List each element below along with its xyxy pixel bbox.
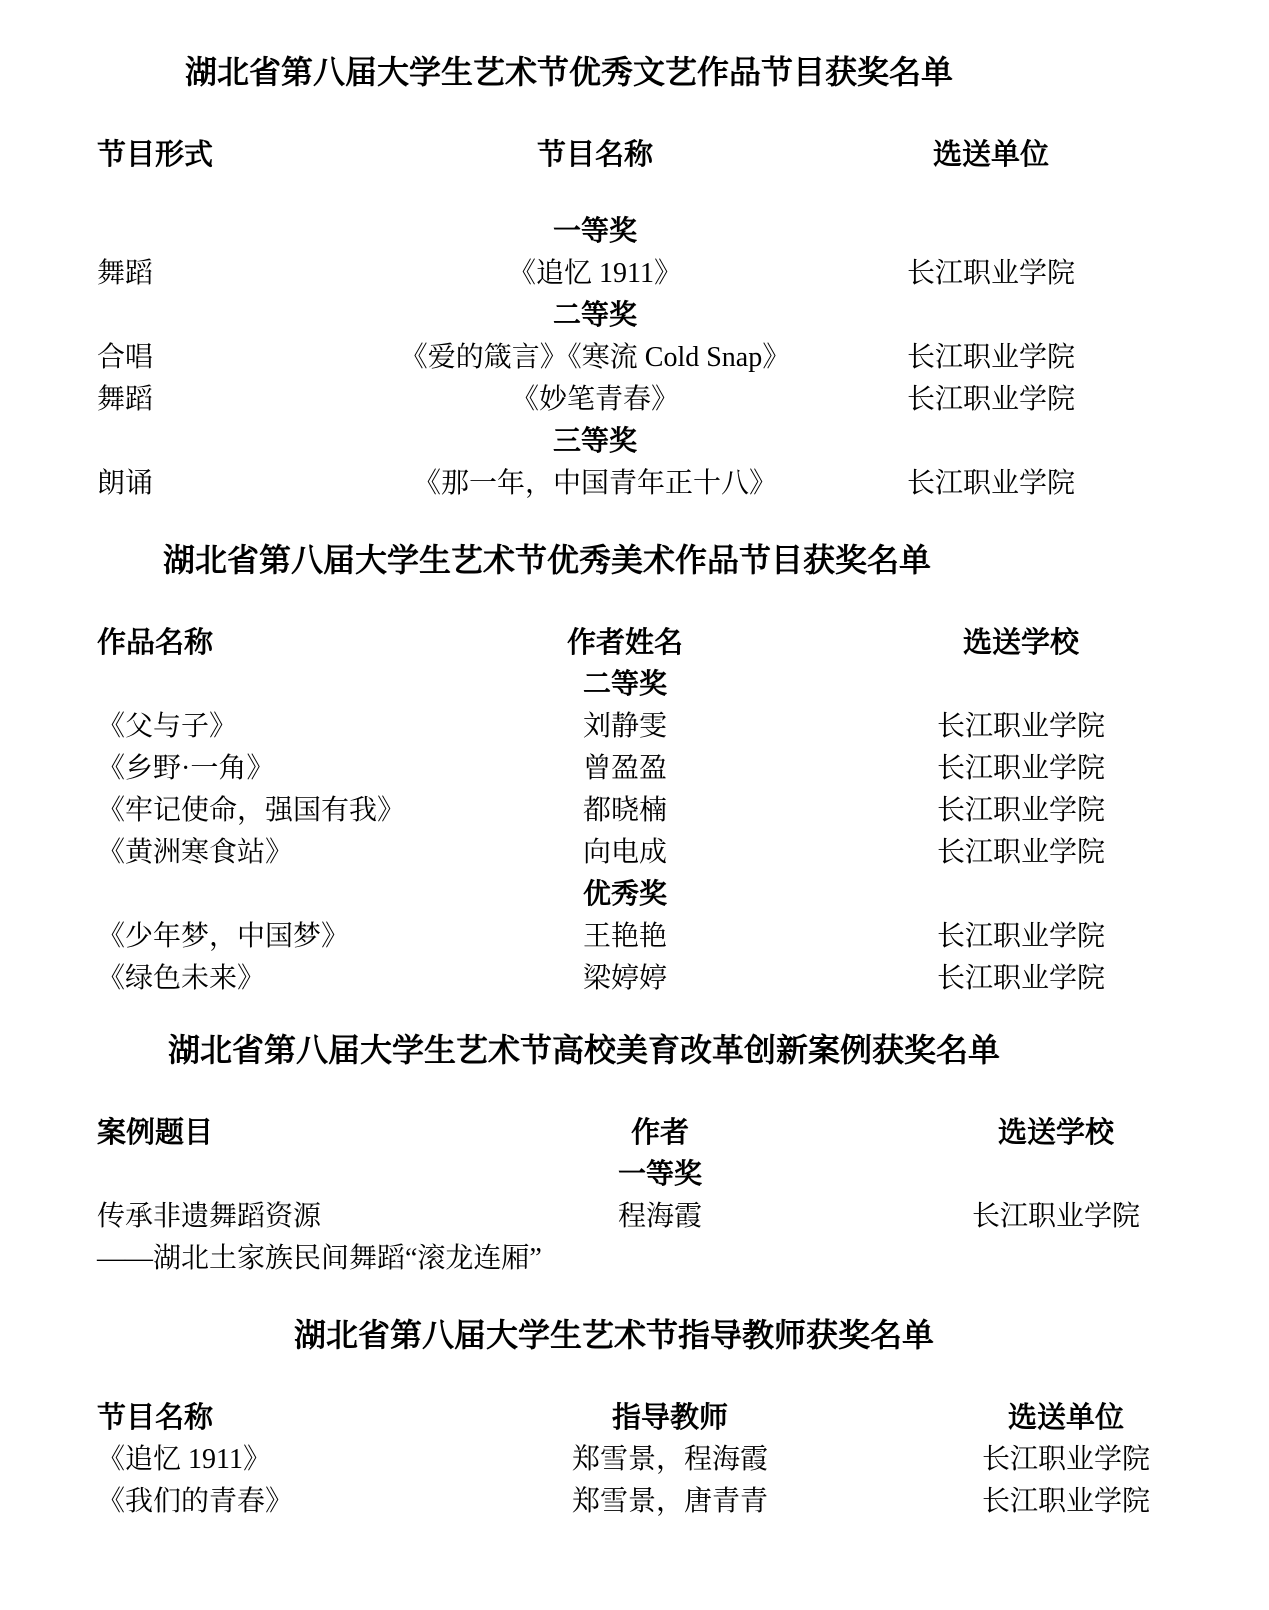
cell-author-name: 梁婷婷 <box>380 958 870 1000</box>
cell-work-title: 《绿色未来》 <box>97 958 380 1000</box>
column-header-row: 节目形式 节目名称 选送单位 <box>97 134 1172 176</box>
column-header-program-name: 节目名称 <box>380 134 810 176</box>
cell-author-name: 刘静雯 <box>380 706 870 748</box>
table-row: 合唱 《爱的箴言》《寒流 Cold Snap》 长江职业学院 <box>97 337 1172 379</box>
column-header-work-title: 作品名称 <box>97 622 380 664</box>
cell-advisor-names: 郑雪景，程海霞 <box>380 1439 960 1481</box>
award-tier-label: 一等奖 <box>380 211 810 253</box>
cell-program-name: 《那一年，中国青年正十八》 <box>380 463 810 505</box>
cell-submitting-school: 长江职业学院 <box>870 706 1172 748</box>
cell-program-name: 《我们的青春》 <box>97 1481 380 1523</box>
section-aesthetic-education-case-awards: 湖北省第八届大学生艺术节高校美育改革创新案例获奖名单 案例题目 作者 选送学校 … <box>97 1029 1172 1280</box>
section-title: 湖北省第八届大学生艺术节高校美育改革创新案例获奖名单 <box>97 1029 1172 1071</box>
cell-work-title: 《黄洲寒食站》 <box>97 832 380 874</box>
column-header-submitting-unit: 选送单位 <box>810 134 1172 176</box>
award-tier-row: 优秀奖 <box>97 874 1172 916</box>
cell-submitting-unit: 长江职业学院 <box>810 337 1172 379</box>
section-title: 湖北省第八届大学生艺术节指导教师获奖名单 <box>97 1314 1172 1356</box>
section-performing-arts-awards: 湖北省第八届大学生艺术节优秀文艺作品节目获奖名单 节目形式 节目名称 选送单位 … <box>97 51 1172 505</box>
table-row: 《牢记使命，强国有我》 都晓楠 长江职业学院 <box>97 790 1172 832</box>
table-row: 朗诵 《那一年，中国青年正十八》 长江职业学院 <box>97 463 1172 505</box>
cell-submitting-unit: 长江职业学院 <box>960 1439 1172 1481</box>
cell-submitting-school: 长江职业学院 <box>870 790 1172 832</box>
cell-author-name: 都晓楠 <box>380 790 870 832</box>
cell-program-name: 《妙笔青春》 <box>380 379 810 421</box>
award-tier-label: 优秀奖 <box>380 874 870 916</box>
table-row: 舞蹈 《妙笔青春》 长江职业学院 <box>97 379 1172 421</box>
cell-work-title: 《父与子》 <box>97 706 380 748</box>
table-row: 《少年梦，中国梦》 王艳艳 长江职业学院 <box>97 916 1172 958</box>
column-header-submitting-unit: 选送单位 <box>960 1397 1172 1439</box>
cell-submitting-school: 长江职业学院 <box>870 832 1172 874</box>
cell-work-title: 《少年梦，中国梦》 <box>97 916 380 958</box>
section-title: 湖北省第八届大学生艺术节优秀文艺作品节目获奖名单 <box>97 51 1172 93</box>
table-row: 《黄洲寒食站》 向电成 长江职业学院 <box>97 832 1172 874</box>
cell-work-title: 《乡野·一角》 <box>97 748 380 790</box>
cell-submitting-school: 长江职业学院 <box>940 1196 1172 1238</box>
column-header-row: 作品名称 作者姓名 选送学校 <box>97 622 1172 664</box>
table-row: 《乡野·一角》 曾盈盈 长江职业学院 <box>97 748 1172 790</box>
cell-author-name: 曾盈盈 <box>380 748 870 790</box>
award-tier-label: 二等奖 <box>380 664 870 706</box>
column-header-program-name: 节目名称 <box>97 1397 380 1439</box>
column-header-author: 作者 <box>380 1112 940 1154</box>
cell-program-name: 《追忆 1911》 <box>380 253 810 295</box>
section-title: 湖北省第八届大学生艺术节优秀美术作品节目获奖名单 <box>97 539 1172 581</box>
column-header-row: 节目名称 指导教师 选送单位 <box>97 1397 1172 1439</box>
section-advisor-awards: 湖北省第八届大学生艺术节指导教师获奖名单 节目名称 指导教师 选送单位 《追忆 … <box>97 1314 1172 1523</box>
cell-author: 程海霞 <box>380 1196 940 1238</box>
column-header-submitting-school: 选送学校 <box>870 622 1172 664</box>
column-header-program-form: 节目形式 <box>97 134 380 176</box>
table-row: 《追忆 1911》 郑雪景，程海霞 长江职业学院 <box>97 1439 1172 1481</box>
cell-author-name: 王艳艳 <box>380 916 870 958</box>
cell-submitting-school: 长江职业学院 <box>870 916 1172 958</box>
award-tier-row: 二等奖 <box>97 664 1172 706</box>
table-row: 《我们的青春》 郑雪景，唐青青 长江职业学院 <box>97 1481 1172 1523</box>
cell-submitting-unit: 长江职业学院 <box>810 253 1172 295</box>
cell-program-name: 《追忆 1911》 <box>97 1439 380 1481</box>
table-row: 《父与子》 刘静雯 长江职业学院 <box>97 706 1172 748</box>
cell-program-form: 舞蹈 <box>97 379 380 421</box>
cell-submitting-unit: 长江职业学院 <box>960 1481 1172 1523</box>
document: 湖北省第八届大学生艺术节优秀文艺作品节目获奖名单 节目形式 节目名称 选送单位 … <box>0 0 1269 1610</box>
blank-line <box>97 176 1172 211</box>
cell-program-form: 朗诵 <box>97 463 380 505</box>
column-header-case-title: 案例题目 <box>97 1112 380 1154</box>
cell-advisor-names: 郑雪景，唐青青 <box>380 1481 960 1523</box>
section-art-works-awards: 湖北省第八届大学生艺术节优秀美术作品节目获奖名单 作品名称 作者姓名 选送学校 … <box>97 539 1172 1000</box>
award-tier-row: 一等奖 <box>97 1154 1172 1196</box>
award-tier-label: 三等奖 <box>380 421 810 463</box>
table-row: 舞蹈 《追忆 1911》 长江职业学院 <box>97 253 1172 295</box>
column-header-advisor: 指导教师 <box>380 1397 960 1439</box>
table-row: 传承非遗舞蹈资源 程海霞 长江职业学院 <box>97 1196 1172 1238</box>
cell-case-title-continuation: ——湖北土家族民间舞蹈“滚龙连厢” <box>97 1238 1172 1280</box>
cell-submitting-school: 长江职业学院 <box>870 958 1172 1000</box>
award-tier-label: 一等奖 <box>380 1154 940 1196</box>
cell-submitting-unit: 长江职业学院 <box>810 379 1172 421</box>
table-row-continuation: ——湖北土家族民间舞蹈“滚龙连厢” <box>97 1238 1172 1280</box>
column-header-author-name: 作者姓名 <box>380 622 870 664</box>
cell-submitting-school: 长江职业学院 <box>870 748 1172 790</box>
cell-submitting-unit: 长江职业学院 <box>810 463 1172 505</box>
table-row: 《绿色未来》 梁婷婷 长江职业学院 <box>97 958 1172 1000</box>
award-tier-row: 三等奖 <box>97 421 1172 463</box>
column-header-submitting-school: 选送学校 <box>940 1112 1172 1154</box>
cell-case-title: 传承非遗舞蹈资源 <box>97 1196 380 1238</box>
award-tier-row: 二等奖 <box>97 295 1172 337</box>
cell-program-form: 舞蹈 <box>97 253 380 295</box>
award-tier-label: 二等奖 <box>380 295 810 337</box>
column-header-row: 案例题目 作者 选送学校 <box>97 1112 1172 1154</box>
award-tier-row: 一等奖 <box>97 211 1172 253</box>
cell-work-title: 《牢记使命，强国有我》 <box>97 790 380 832</box>
cell-program-name: 《爱的箴言》《寒流 Cold Snap》 <box>380 337 810 379</box>
cell-author-name: 向电成 <box>380 832 870 874</box>
cell-program-form: 合唱 <box>97 337 380 379</box>
